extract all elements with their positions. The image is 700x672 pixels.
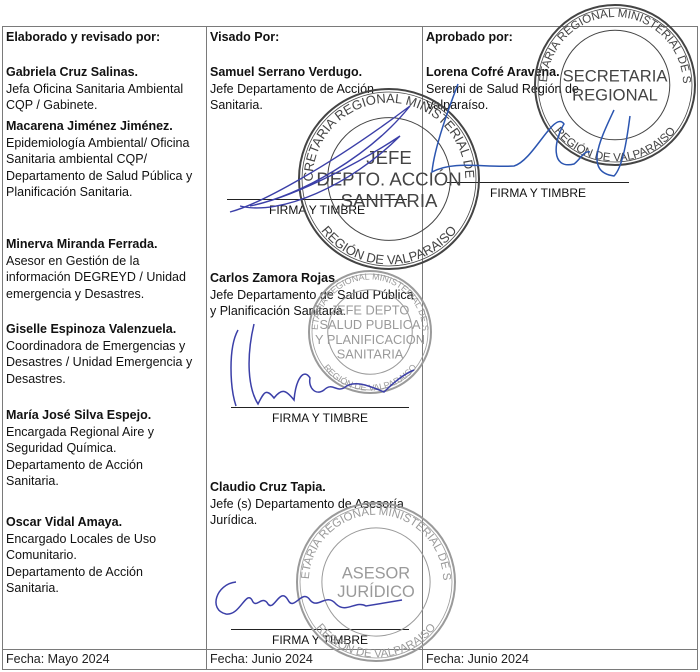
signer-entry: Macarena Jiménez Jiménez. Epidemiología … xyxy=(6,118,206,201)
signature-line xyxy=(231,407,409,408)
signature-line xyxy=(447,182,629,183)
signer-role: Coordinadora de Emergencias y Desastres … xyxy=(6,338,206,388)
signer-name: Lorena Cofré Aravena. xyxy=(426,64,638,81)
signer-role: Asesor en Gestión de la información DEGR… xyxy=(6,253,206,303)
signer-role: Jefe Departamento de Salud Pública y Pla… xyxy=(210,287,422,320)
column-header: Aprobado por: xyxy=(426,30,513,44)
signature-label: FIRMA Y TIMBRE xyxy=(463,186,613,200)
signature-line xyxy=(231,629,409,630)
date-cell: Fecha: Junio 2024 xyxy=(423,650,697,669)
signer-entry: Claudio Cruz Tapia. Jefe (s) Departament… xyxy=(210,479,422,529)
signer-name: Oscar Vidal Amaya. xyxy=(6,514,206,531)
signer-entry: María José Silva Espejo. Encargada Regio… xyxy=(6,407,206,490)
signer-entry: Giselle Espinoza Valenzuela. Coordinador… xyxy=(6,321,206,387)
signer-entry: Gabriela Cruz Salinas. Jefa Oficina Sani… xyxy=(6,64,206,114)
signer-name: Gabriela Cruz Salinas. xyxy=(6,64,206,81)
signer-role: Seremi de Salud Región de Valparaíso. xyxy=(426,81,638,114)
signature-label: FIRMA Y TIMBRE xyxy=(227,203,407,217)
column-visado: Visado Por: Samuel Serrano Verdugo. Jefe… xyxy=(207,27,423,649)
signature-label: FIRMA Y TIMBRE xyxy=(231,633,409,647)
signer-entry: Oscar Vidal Amaya. Encargado Locales de … xyxy=(6,514,206,597)
signer-entry: Samuel Serrano Verdugo. Jefe Departament… xyxy=(210,64,422,114)
column-aprobado: Aprobado por: Lorena Cofré Aravena. Sere… xyxy=(423,27,697,649)
date-cell: Fecha: Junio 2024 xyxy=(207,650,423,669)
signer-entry: Minerva Miranda Ferrada. Asesor en Gesti… xyxy=(6,236,206,302)
signer-role: Encargado Locales de Uso Comunitario. De… xyxy=(6,531,206,597)
column-header: Visado Por: xyxy=(210,30,279,44)
signer-name: Claudio Cruz Tapia. xyxy=(210,479,422,496)
signature-label: FIRMA Y TIMBRE xyxy=(231,411,409,425)
signer-role: Encargada Regional Aire y Seguridad Quím… xyxy=(6,424,206,490)
signer-name: Carlos Zamora Rojas. xyxy=(210,270,422,287)
signature-line xyxy=(227,199,407,200)
signer-role: Epidemiología Ambiental/ Oficina Sanitar… xyxy=(6,135,206,201)
signer-role: Jefa Oficina Sanitaria Ambiental CQP / G… xyxy=(6,81,206,114)
signer-name: Minerva Miranda Ferrada. xyxy=(6,236,206,253)
signer-name: Samuel Serrano Verdugo. xyxy=(210,64,422,81)
date-cell: Fecha: Mayo 2024 xyxy=(3,650,207,669)
signer-name: Macarena Jiménez Jiménez. xyxy=(6,118,206,135)
signer-role: Jefe Departamento de Acción Sanitaria. xyxy=(210,81,422,114)
column-header: Elaborado y revisado por: xyxy=(6,30,160,44)
column-elaborado: Elaborado y revisado por: Gabriela Cruz … xyxy=(3,27,207,649)
date-row: Fecha: Mayo 2024 Fecha: Junio 2024 Fecha… xyxy=(3,649,697,669)
signer-role: Jefe (s) Departamento de Asesoría Jurídi… xyxy=(210,496,422,529)
signer-name: María José Silva Espejo. xyxy=(6,407,206,424)
signer-name: Giselle Espinoza Valenzuela. xyxy=(6,321,206,338)
approval-table: Elaborado y revisado por: Gabriela Cruz … xyxy=(2,26,698,670)
signer-entry: Lorena Cofré Aravena. Seremi de Salud Re… xyxy=(426,64,638,114)
signer-entry: Carlos Zamora Rojas. Jefe Departamento d… xyxy=(210,270,422,320)
